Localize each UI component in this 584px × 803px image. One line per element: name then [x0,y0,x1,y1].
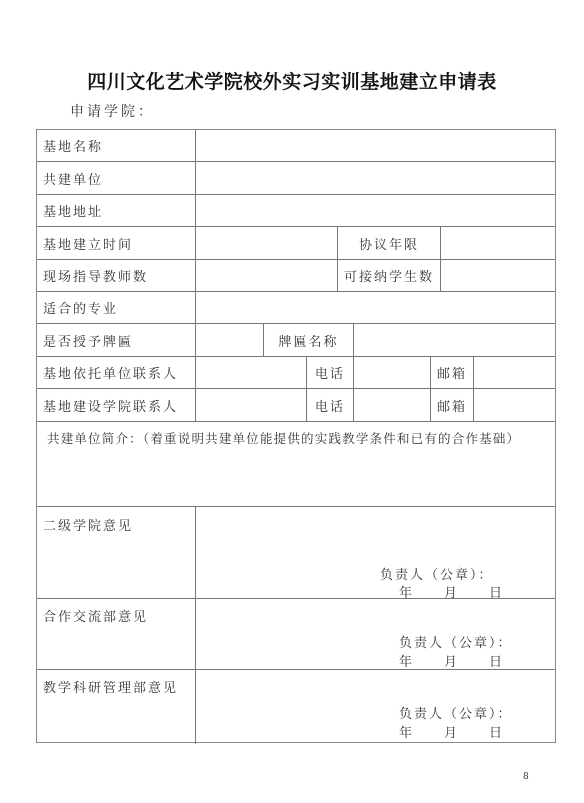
partner-intro-field[interactable] [37,450,555,506]
cooperation-dept-signer: 负责人（公章）： [399,632,513,651]
partner-email-field[interactable] [474,357,555,388]
college-opinion-signer: 负责人（公章）： [380,564,494,583]
partner-intro-label: 共建单位简介：（着重说明共建单位能提供的实践教学条件和已有的合作基础） [47,429,555,449]
plaque-granted-field[interactable] [196,324,263,356]
base-address-label: 基地地址 [37,195,195,226]
student-capacity-field[interactable] [441,260,555,291]
base-address-field[interactable] [196,195,555,226]
college-email-field[interactable] [474,389,555,421]
student-capacity-label: 可接纳学生数 [338,260,440,291]
partner-email-label: 邮箱 [431,357,473,388]
base-name-field[interactable] [196,130,555,161]
agreement-term-label: 协议年限 [338,227,440,259]
teaching-research-date: 年 月 日 [399,722,504,741]
application-form-table: 基地名称 共建单位 基地地址 基地建立时间 协议年限 现场指导教师数 可接纳学生… [36,129,556,743]
college-phone-label: 电话 [307,389,353,421]
cooperation-dept-date: 年 月 日 [399,651,504,670]
college-contact-field[interactable] [196,389,306,421]
cooperation-dept-opinion-label: 合作交流部意见 [43,606,193,626]
onsite-teachers-field[interactable] [196,260,337,291]
suitable-major-field[interactable] [196,292,555,323]
plaque-granted-label: 是否授予牌匾 [37,324,195,356]
page-number: 8 [523,772,529,782]
establish-time-label: 基地建立时间 [37,227,195,259]
plaque-name-field[interactable] [354,324,555,356]
college-contact-label: 基地建设学院联系人 [37,389,195,421]
onsite-teachers-label: 现场指导教师数 [37,260,195,291]
establish-time-field[interactable] [196,227,337,259]
suitable-major-label: 适合的专业 [37,292,195,323]
college-opinion-label: 二级学院意见 [43,515,193,535]
college-phone-field[interactable] [354,389,430,421]
divider [37,421,555,422]
teaching-research-signer: 负责人（公章）： [399,703,513,722]
partner-phone-field[interactable] [354,357,430,388]
partner-phone-label: 电话 [307,357,353,388]
base-name-label: 基地名称 [37,130,195,161]
partner-contact-field[interactable] [196,357,306,388]
partner-unit-field[interactable] [196,162,555,194]
college-email-label: 邮箱 [431,389,473,421]
page-title: 四川文化艺术学院校外实习实训基地建立申请表 [0,67,584,94]
partner-unit-label: 共建单位 [37,162,195,194]
plaque-name-label: 牌匾名称 [264,324,353,356]
teaching-research-opinion-label: 教学科研管理部意见 [43,677,193,697]
agreement-term-field[interactable] [441,227,555,259]
partner-contact-label: 基地依托单位联系人 [37,357,195,388]
applying-college-label: 申请学院： [70,101,155,121]
